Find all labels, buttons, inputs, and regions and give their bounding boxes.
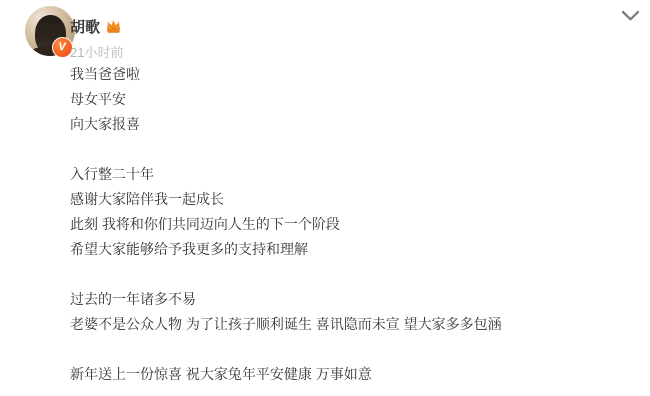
chevron-down-icon[interactable] [618, 7, 642, 25]
avatar[interactable]: V [25, 6, 75, 56]
vip-crown-icon [105, 19, 122, 34]
post-text-line: 母女平安 [70, 87, 630, 112]
author-header: 胡歌 [70, 17, 122, 35]
post-text-line: 向大家报喜 [70, 112, 630, 137]
post-text-line: 感谢大家陪伴我一起成长 [70, 187, 630, 212]
post-body: 我当爸爸啦母女平安向大家报喜入行整二十年感谢大家陪伴我一起成长此刻 我将和你们共… [70, 62, 630, 387]
post-text-line: 希望大家能够给予我更多的支持和理解 [70, 237, 630, 262]
post-text-line: 过去的一年诸多不易 [70, 287, 630, 312]
post-text-line: 我当爸爸啦 [70, 62, 630, 87]
post-timestamp[interactable]: 21小时前 [70, 42, 123, 61]
post-text-line [70, 262, 630, 287]
post-text-line: 入行整二十年 [70, 162, 630, 187]
post-text-line [70, 337, 630, 362]
verified-badge-letter: V [58, 42, 65, 53]
post-text-line: 新年送上一份惊喜 祝大家兔年平安健康 万事如意 [70, 362, 630, 387]
author-name[interactable]: 胡歌 [70, 16, 100, 37]
post-text-line: 此刻 我将和你们共同迈向人生的下一个阶段 [70, 212, 630, 237]
weibo-post-card: V 胡歌 21小时前 我当爸爸啦母女平安向大家报喜入行整二十年感谢大家陪伴我一起… [0, 0, 650, 396]
post-text-line [70, 137, 630, 162]
post-text-line: 老婆不是公众人物 为了让孩子顺利诞生 喜讯隐而未宣 望大家多多包涵 [70, 312, 630, 337]
